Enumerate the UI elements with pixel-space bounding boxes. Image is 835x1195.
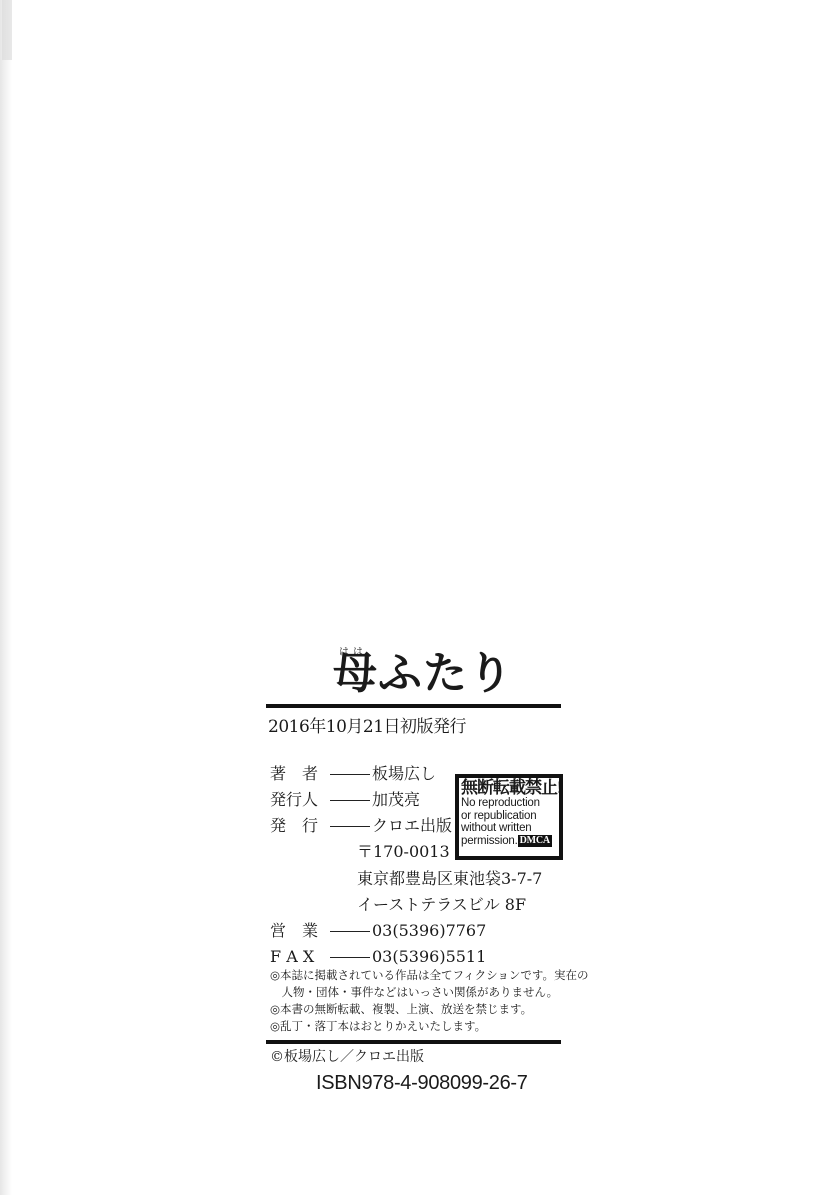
contact-value: 03(5396)5511 (372, 947, 486, 966)
dmca-english-line: without written (459, 822, 559, 835)
credit-publisher-person: 発行人加茂亮 (270, 790, 420, 810)
dash-divider (330, 826, 370, 827)
address-line-1: 東京都豊島区東池袋3-7-7 (357, 869, 542, 889)
contact-label: F A X (270, 947, 330, 967)
dmca-tag: DMCA (518, 835, 552, 847)
credit-author: 著 者板場広し (270, 764, 436, 784)
publication-date: 2016年10月21日初版発行 (268, 712, 466, 737)
dmca-japanese: 無断転載禁止! (459, 778, 559, 797)
dmca-notice-box: 無断転載禁止! No reproduction or republication… (455, 774, 563, 860)
contact-value: 03(5396)7767 (372, 921, 486, 940)
credit-label: 発行人 (270, 790, 330, 810)
address-line-2: イーストテラスビル 8F (357, 895, 526, 915)
title-rule (266, 704, 561, 708)
note-line: ◎乱丁・落丁本はおとりかえいたします。 (270, 1018, 588, 1035)
credit-publisher: 発 行クロエ出版 (270, 816, 452, 836)
dash-divider (330, 774, 370, 775)
dmca-english-line: or republication (459, 810, 559, 823)
scan-edge-shadow (0, 0, 12, 1195)
copyright: ©板場広し／クロエ出版 (270, 1046, 424, 1066)
dash-divider (330, 800, 370, 801)
contact-fax: F A X03(5396)5511 (270, 947, 486, 967)
credit-label: 著 者 (270, 764, 330, 784)
credit-value: 板場広し (372, 764, 436, 783)
legal-notes: ◎本誌に掲載されている作品は全てフィクションです。実在の 人物・団体・事件などは… (270, 967, 588, 1035)
book-title: 母ふたり (333, 650, 513, 698)
postal-code: 〒170-0013 (357, 842, 450, 862)
credit-value: クロエ出版 (372, 816, 452, 835)
dmca-english-line: permission. (461, 835, 518, 847)
dash-divider (330, 931, 370, 932)
contact-label: 営 業 (270, 921, 330, 941)
credit-value: 加茂亮 (372, 790, 420, 809)
contact-sales: 営 業03(5396)7767 (270, 921, 486, 941)
note-line: ◎本誌に掲載されている作品は全てフィクションです。実在の (270, 967, 588, 984)
scan-edge-mark (2, 0, 12, 60)
note-line: 人物・団体・事件などはいっさい関係がありません。 (270, 984, 588, 1001)
bottom-rule (266, 1040, 561, 1044)
credit-label: 発 行 (270, 816, 330, 836)
dmca-english-line: No reproduction (459, 797, 559, 810)
note-line: ◎本書の無断転載、複製、上演、放送を禁じます。 (270, 1001, 588, 1018)
dash-divider (330, 957, 370, 958)
isbn: ISBN978-4-908099-26-7 (316, 1072, 528, 1095)
